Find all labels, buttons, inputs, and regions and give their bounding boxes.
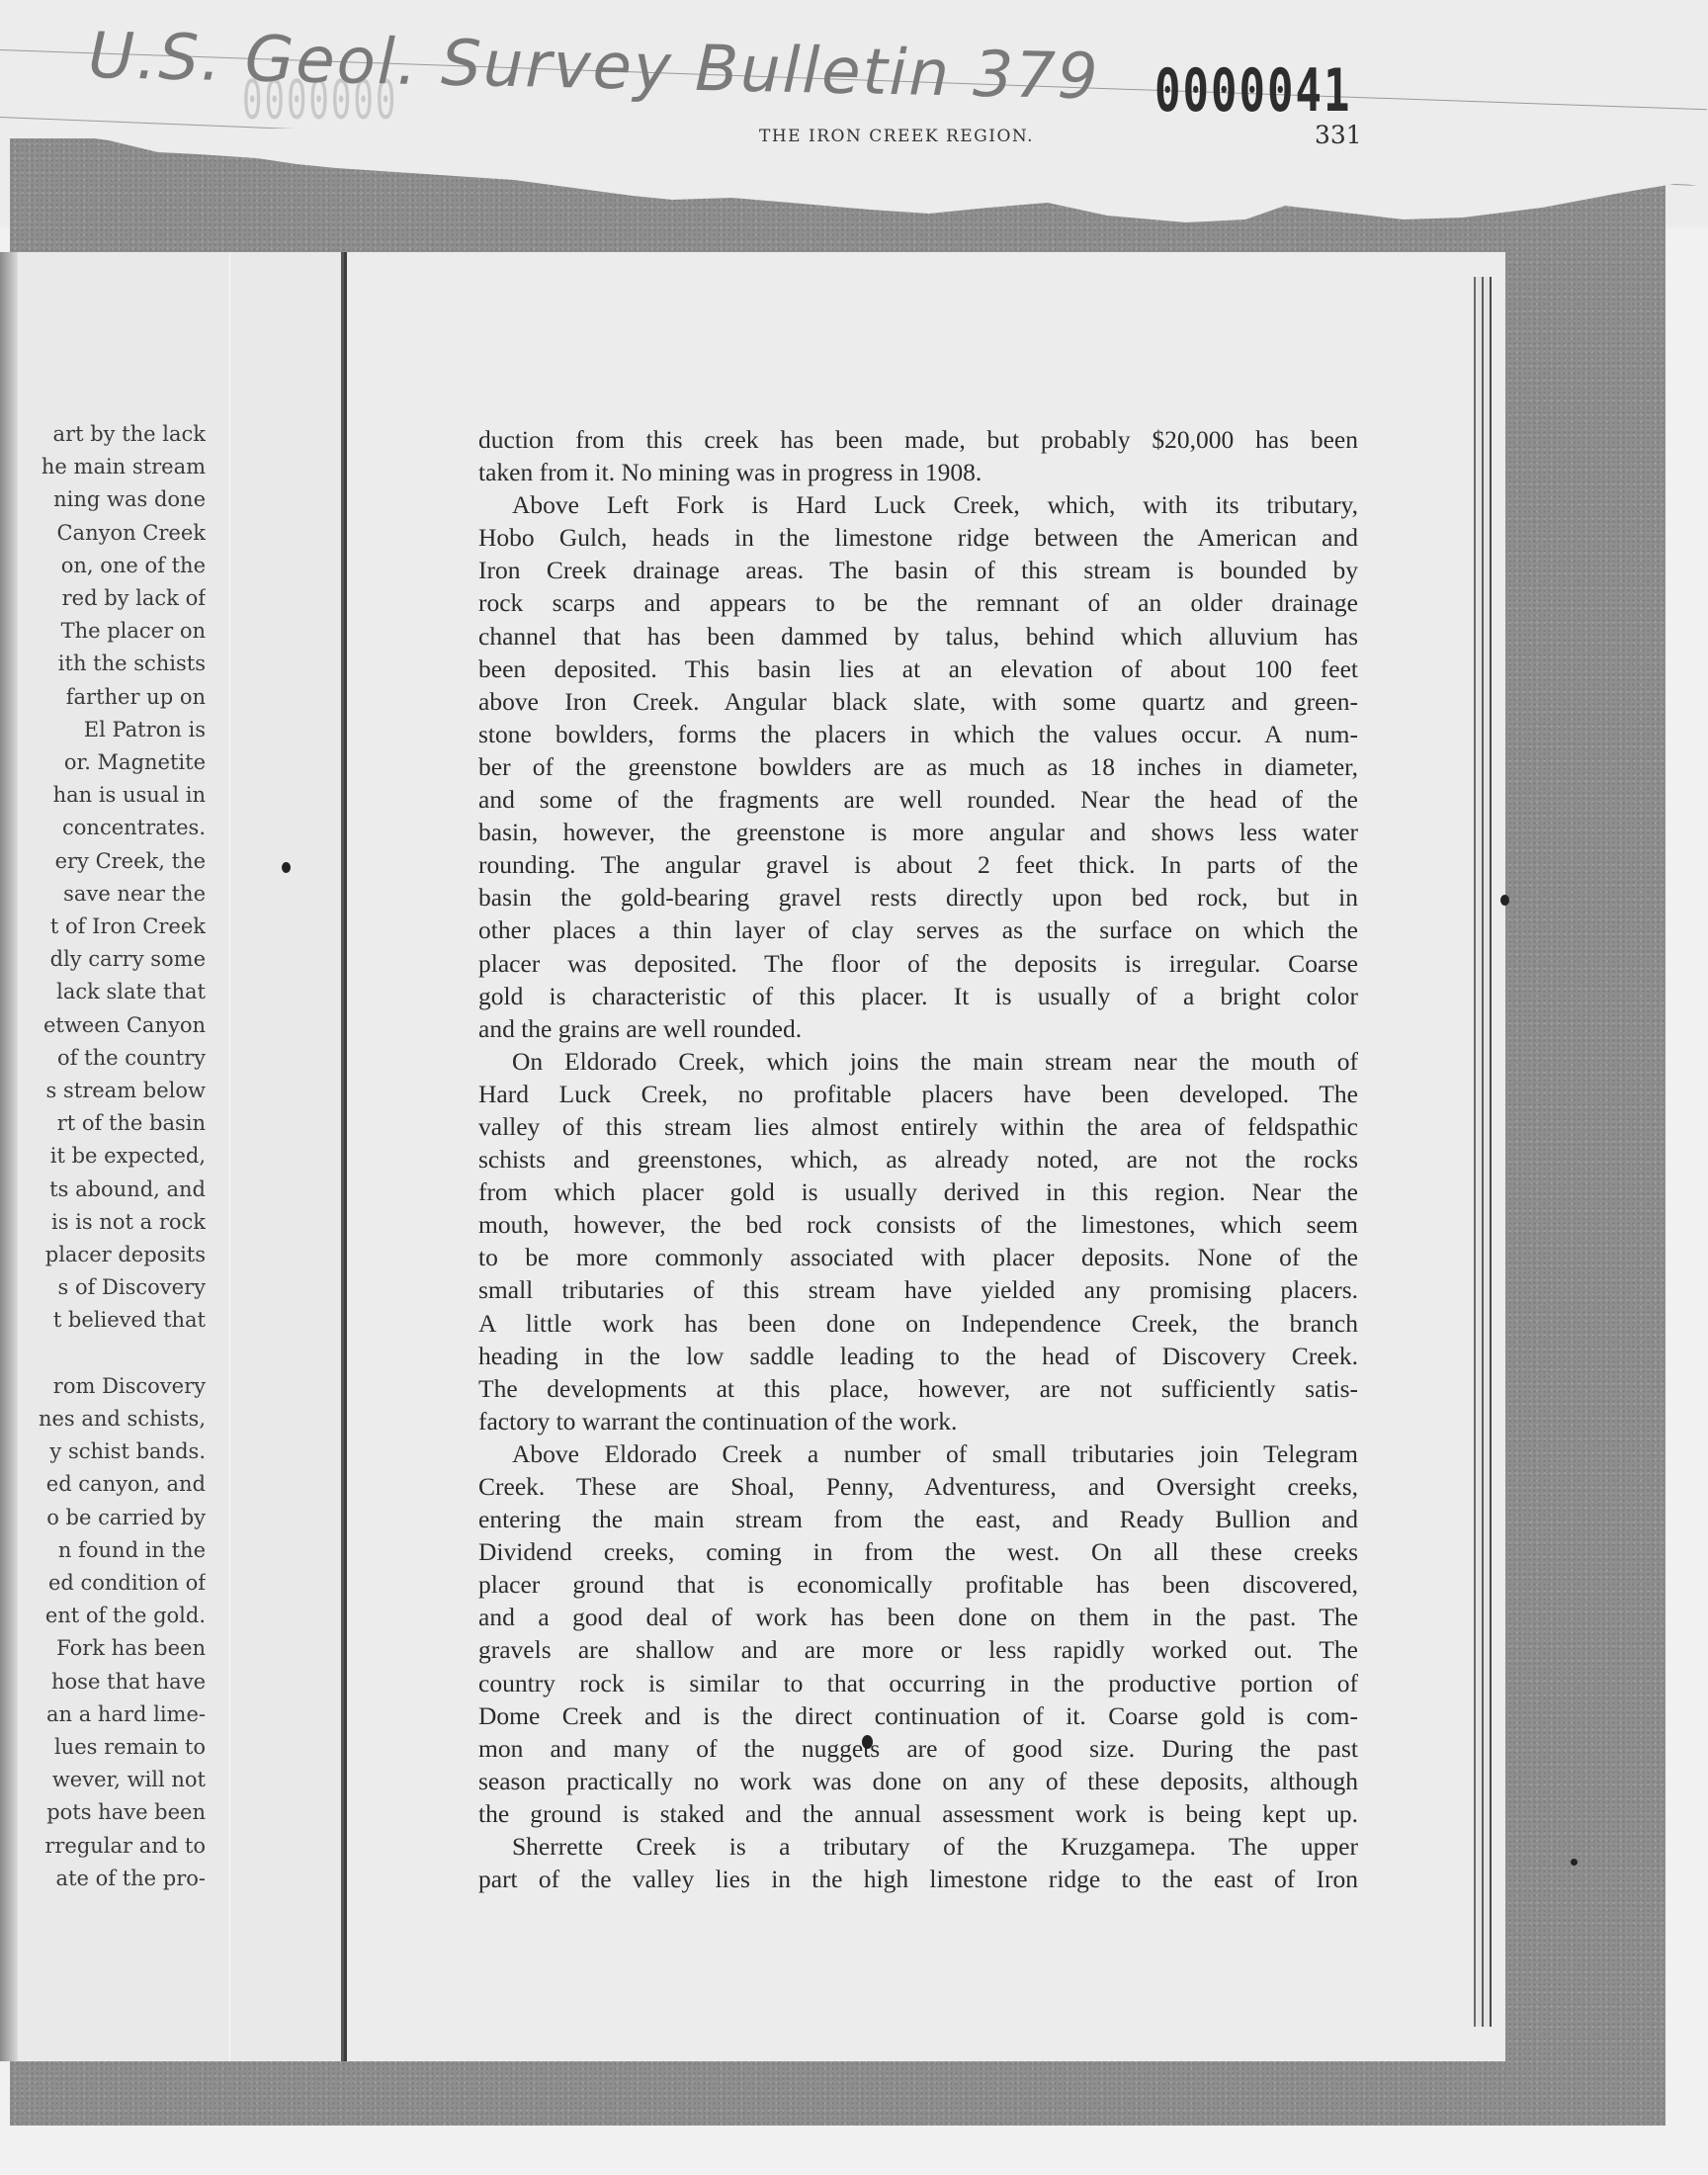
left-line: an a hard lime- bbox=[8, 1698, 206, 1731]
left-line: of the country bbox=[8, 1042, 206, 1075]
left-line: or. Magnetite bbox=[8, 746, 206, 779]
text-line: gold is characteristic of this placer. I… bbox=[478, 980, 1358, 1012]
left-line: nes and schists, bbox=[8, 1403, 206, 1435]
text-line: gravels are shallow and are more or less… bbox=[478, 1633, 1358, 1666]
text-line: other places a thin layer of clay serves… bbox=[478, 913, 1358, 946]
text-line: Above Left Fork is Hard Luck Creek, whic… bbox=[478, 488, 1358, 521]
text-line: A little work has been done on Independe… bbox=[478, 1307, 1358, 1340]
left-line: lues remain to bbox=[8, 1731, 206, 1764]
left-line: wever, will not bbox=[8, 1764, 206, 1796]
left-line: art by the lack bbox=[8, 418, 206, 451]
text-line: Hard Luck Creek, no profitable placers h… bbox=[478, 1078, 1358, 1110]
left-line: ning was done bbox=[8, 483, 206, 516]
text-line: and a good deal of work has been done on… bbox=[478, 1601, 1358, 1633]
page-crease bbox=[229, 252, 230, 2061]
left-line: it be expected, bbox=[8, 1140, 206, 1173]
text-line: heading in the low saddle leading to the… bbox=[478, 1340, 1358, 1372]
text-line: ber of the greenstone bowlders are as mu… bbox=[478, 750, 1358, 783]
text-line: basin the gold-bearing gravel rests dire… bbox=[478, 881, 1358, 913]
left-line: Canyon Creek bbox=[8, 517, 206, 550]
left-line: n found in the bbox=[8, 1534, 206, 1567]
left-line: o be carried by bbox=[8, 1502, 206, 1534]
left-page-text: art by the lack he main stream ning was … bbox=[8, 418, 206, 1895]
text-line: taken from it. No mining was in progress… bbox=[478, 456, 1358, 488]
left-line: rom Discovery bbox=[8, 1370, 206, 1403]
spine-line bbox=[344, 252, 347, 2061]
page-edges bbox=[1474, 277, 1505, 2027]
text-line: Creek. These are Shoal, Penny, Adventure… bbox=[478, 1470, 1358, 1503]
text-line: duction from this creek has been made, b… bbox=[478, 423, 1358, 456]
text-line: schists and greenstones, which, as alrea… bbox=[478, 1143, 1358, 1175]
text-line: Iron Creek drainage areas. The basin of … bbox=[478, 554, 1358, 586]
left-line: lack slate that bbox=[8, 976, 206, 1008]
left-line: farther up on bbox=[8, 681, 206, 714]
left-line: t of Iron Creek bbox=[8, 911, 206, 943]
text-line: the ground is staked and the annual asse… bbox=[478, 1797, 1358, 1830]
left-line-gap bbox=[8, 1338, 206, 1370]
left-line: he main stream bbox=[8, 451, 206, 483]
left-line: ate of the pro- bbox=[8, 1863, 206, 1895]
left-line: red by lack of bbox=[8, 582, 206, 615]
text-line: been deposited. This basin lies at an el… bbox=[478, 652, 1358, 685]
text-line: season practically no work was done on a… bbox=[478, 1765, 1358, 1797]
text-line: small tributaries of this stream have yi… bbox=[478, 1273, 1358, 1306]
left-line: placer deposits bbox=[8, 1239, 206, 1271]
text-line: placer ground that is economically profi… bbox=[478, 1568, 1358, 1601]
text-line: rounding. The angular gravel is about 2 … bbox=[478, 848, 1358, 881]
text-line: mouth, however, the bed rock consists of… bbox=[478, 1208, 1358, 1241]
left-line: on, one of the bbox=[8, 550, 206, 582]
text-line: Above Eldorado Creek a number of small t… bbox=[478, 1437, 1358, 1470]
text-line: part of the valley lies in the high lime… bbox=[478, 1863, 1358, 1895]
body-text: duction from this creek has been made, b… bbox=[478, 423, 1358, 1895]
text-line: valley of this stream lies almost entire… bbox=[478, 1110, 1358, 1143]
scan-speck bbox=[1571, 1859, 1578, 1866]
text-line: Dividend creeks, coming in from the west… bbox=[478, 1535, 1358, 1568]
scan-speck bbox=[282, 862, 291, 873]
left-line: s of Discovery bbox=[8, 1271, 206, 1304]
text-line: to be more commonly associated with plac… bbox=[478, 1241, 1358, 1273]
left-line: ent of the gold. bbox=[8, 1600, 206, 1632]
text-line: Sherrette Creek is a tributary of the Kr… bbox=[478, 1830, 1358, 1863]
left-line: ts abound, and bbox=[8, 1174, 206, 1206]
text-line: entering the main stream from the east, … bbox=[478, 1503, 1358, 1535]
torn-edge bbox=[0, 129, 1708, 247]
text-line: and some of the fragments are well round… bbox=[478, 783, 1358, 816]
left-line: concentrates. bbox=[8, 812, 206, 844]
left-line: hose that have bbox=[8, 1666, 206, 1698]
text-line: On Eldorado Creek, which joins the main … bbox=[478, 1045, 1358, 1078]
left-page: art by the lack he main stream ning was … bbox=[0, 252, 344, 2061]
text-line: factory to warrant the continuation of t… bbox=[478, 1405, 1358, 1437]
left-line: pots have been bbox=[8, 1796, 206, 1829]
text-line: mon and many of the nuggets are of good … bbox=[478, 1732, 1358, 1765]
left-line: dly carry some bbox=[8, 943, 206, 976]
page-number: 331 bbox=[1315, 121, 1362, 149]
left-line: The placer on bbox=[8, 615, 206, 648]
text-line: channel that has been dammed by talus, b… bbox=[478, 620, 1358, 652]
left-line: rregular and to bbox=[8, 1830, 206, 1863]
text-line: from which placer gold is usually derive… bbox=[478, 1175, 1358, 1208]
left-line: t believed that bbox=[8, 1304, 206, 1337]
running-head-title: THE IRON CREEK REGION. bbox=[759, 127, 1034, 146]
text-line: stone bowlders, forms the placers in whi… bbox=[478, 718, 1358, 750]
left-line: etween Canyon bbox=[8, 1009, 206, 1042]
handwritten-note: U.S. Geol. Survey Bulletin 379 bbox=[87, 20, 1100, 114]
left-line: El Patron is bbox=[8, 714, 206, 746]
left-line: ith the schists bbox=[8, 648, 206, 680]
scan-speck bbox=[862, 1735, 873, 1749]
text-line: basin, however, the greenstone is more a… bbox=[478, 816, 1358, 848]
text-line: rock scarps and appears to be the remnan… bbox=[478, 586, 1358, 619]
left-line: y schist bands. bbox=[8, 1435, 206, 1468]
left-line: ed condition of bbox=[8, 1567, 206, 1600]
left-line: rt of the basin bbox=[8, 1107, 206, 1140]
text-line: country rock is similar to that occurrin… bbox=[478, 1667, 1358, 1699]
left-line: ed canyon, and bbox=[8, 1468, 206, 1501]
left-line: ery Creek, the bbox=[8, 845, 206, 878]
stamped-number: 0000041 bbox=[1154, 57, 1351, 126]
text-line: Dome Creek and is the direct continuatio… bbox=[478, 1699, 1358, 1732]
left-line: Fork has been bbox=[8, 1632, 206, 1665]
text-line: and the grains are well rounded. bbox=[478, 1012, 1358, 1045]
text-line: placer was deposited. The floor of the d… bbox=[478, 947, 1358, 980]
left-line: han is usual in bbox=[8, 779, 206, 812]
scan-speck bbox=[1500, 895, 1509, 906]
left-line: is is not a rock bbox=[8, 1206, 206, 1239]
left-line: save near the bbox=[8, 878, 206, 911]
text-line: Hobo Gulch, heads in the limestone ridge… bbox=[478, 521, 1358, 554]
left-line: s stream below bbox=[8, 1075, 206, 1107]
text-line: above Iron Creek. Angular black slate, w… bbox=[478, 685, 1358, 718]
text-line: The developments at this place, however,… bbox=[478, 1372, 1358, 1405]
